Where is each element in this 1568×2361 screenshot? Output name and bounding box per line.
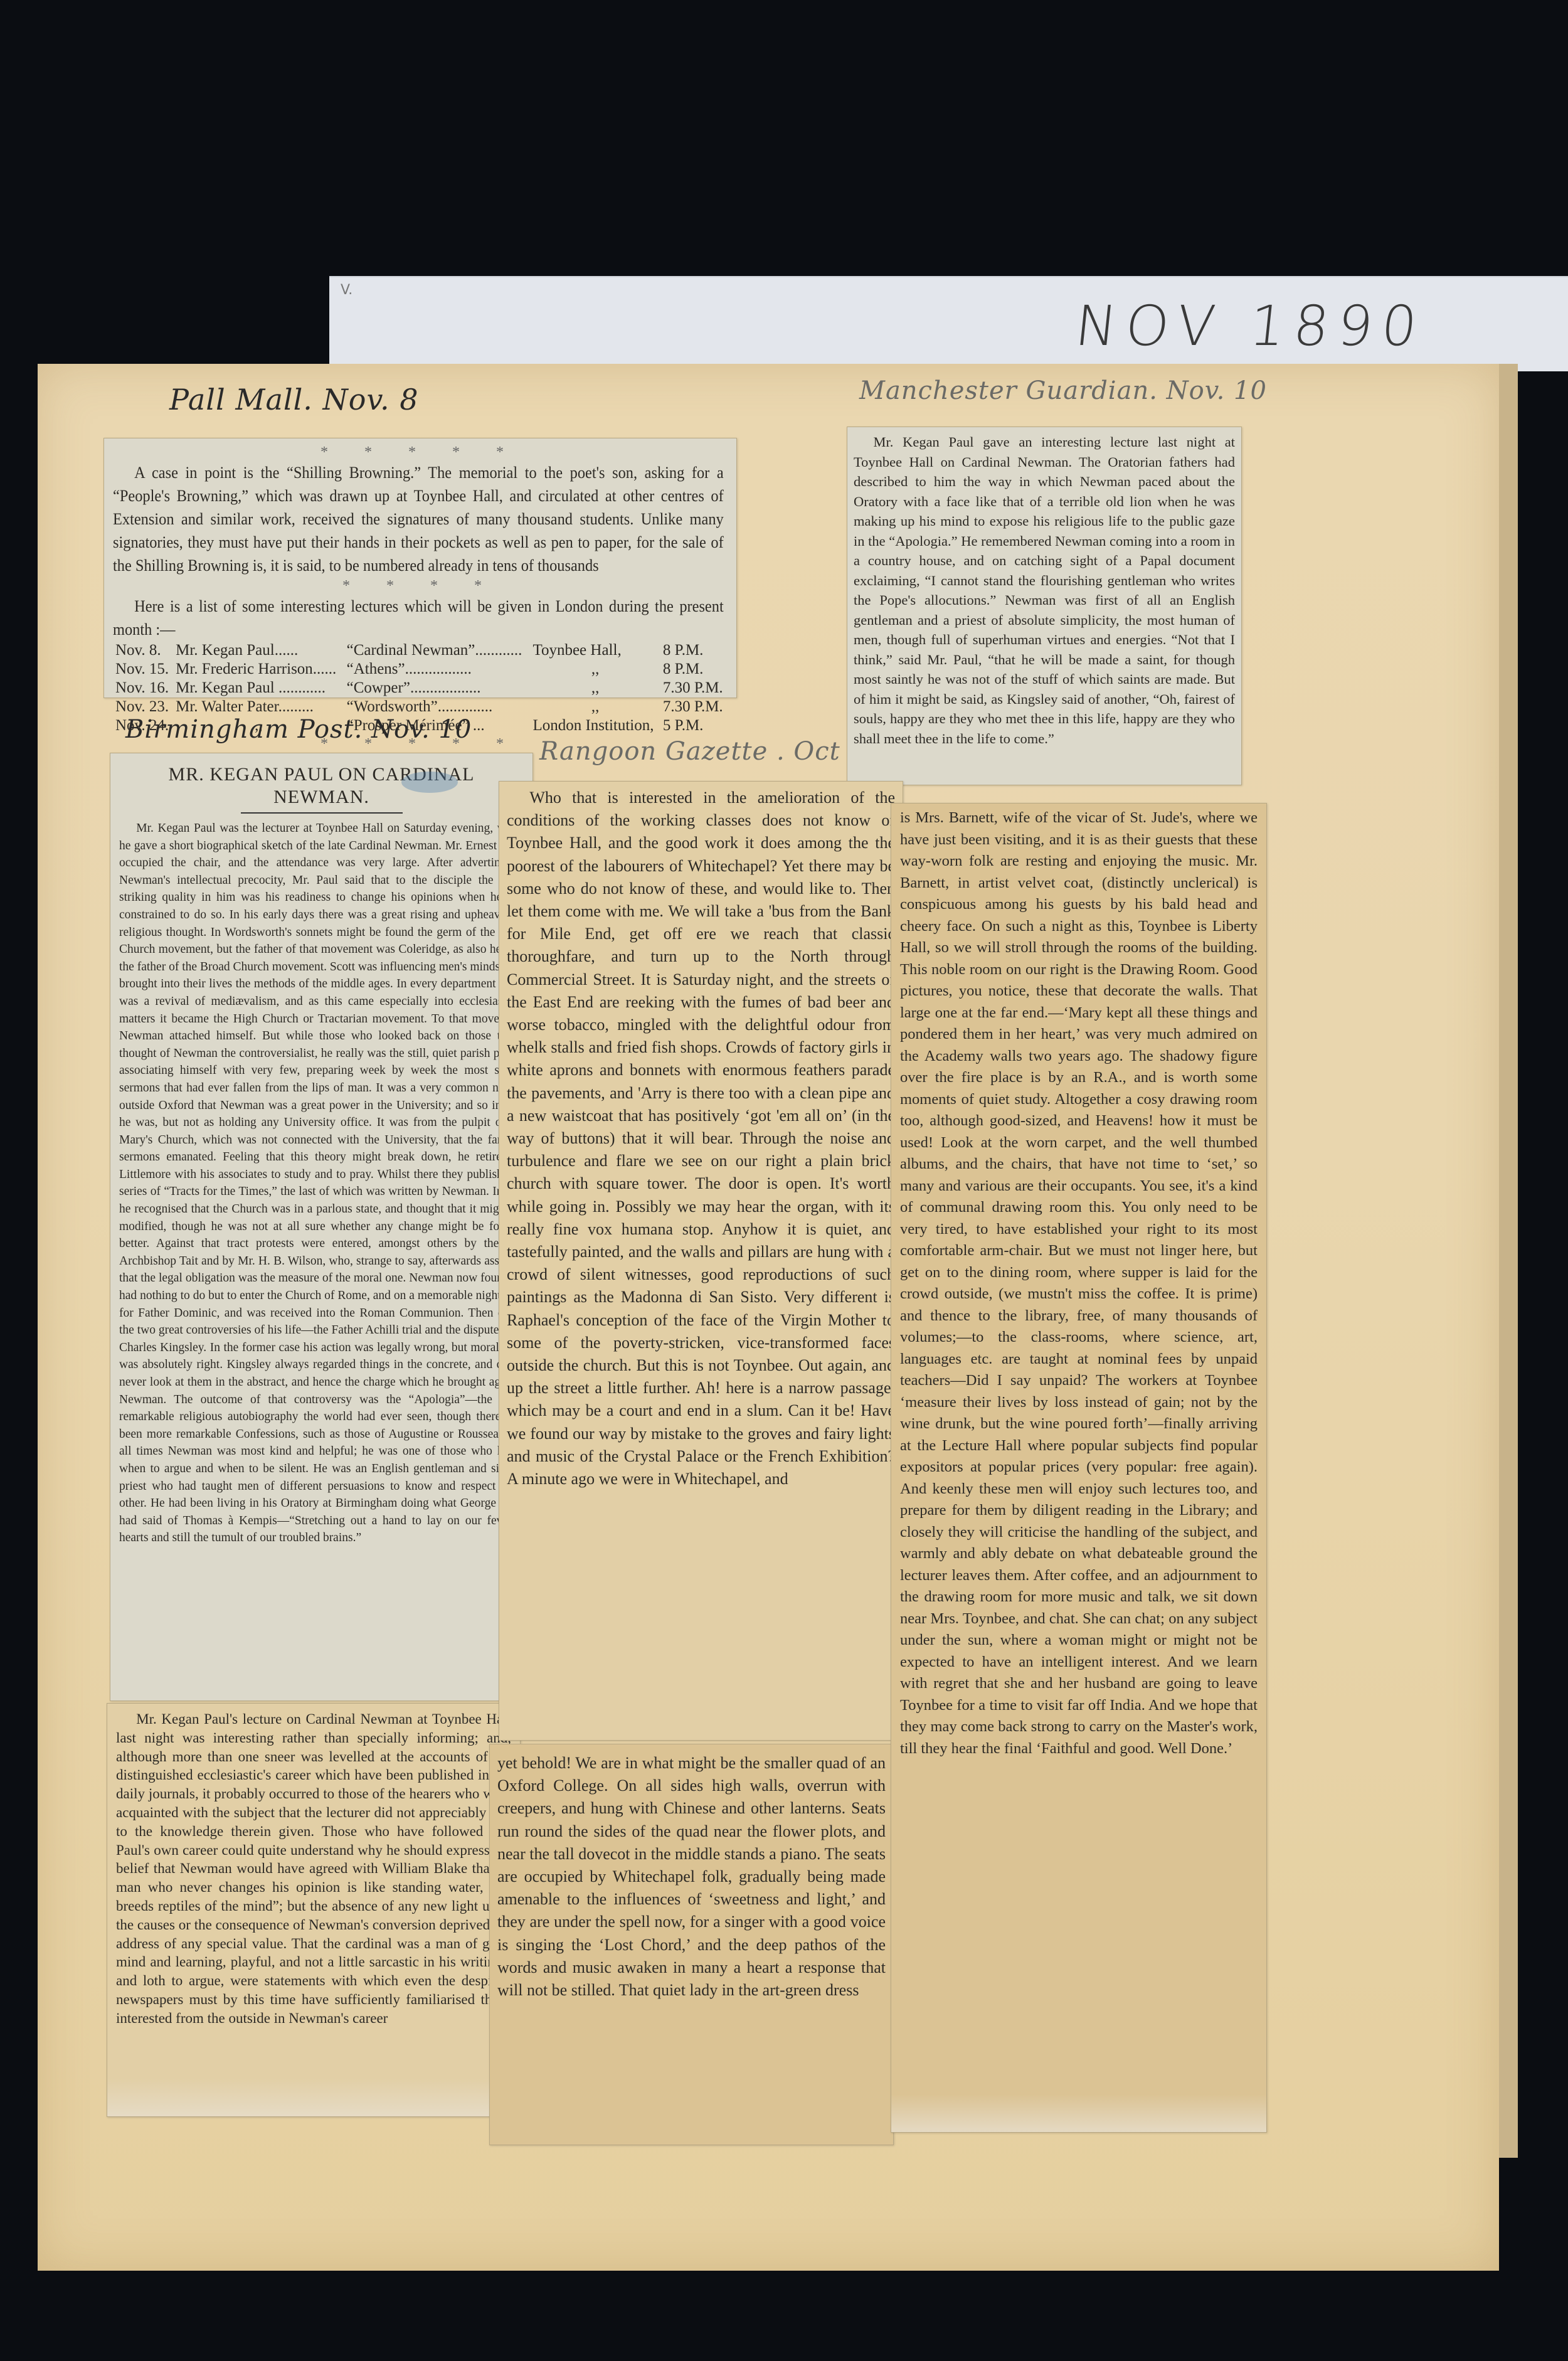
article-text: Mr. Kegan Paul's lecture on Cardinal New… bbox=[116, 1710, 511, 2028]
page-edge bbox=[1499, 364, 1518, 2158]
lecture-row: Nov. 24. ,, “Prosper Mérimée” ... London… bbox=[113, 716, 728, 735]
clipping-pall-mall: * * * * * A case in point is the “Shilli… bbox=[103, 438, 737, 698]
lecture-intro: Here is a list of some interesting lectu… bbox=[113, 595, 724, 641]
browning-paragraph: A case in point is the “Shilling Brownin… bbox=[113, 461, 724, 577]
lecture-row: Nov. 16. Mr. Kegan Paul ............ “Co… bbox=[113, 679, 728, 698]
article-text: Who that is interested in the ameliorati… bbox=[507, 787, 895, 1490]
annotation-pall-mall: Pall Mall. Nov. 8 bbox=[169, 383, 419, 416]
article-text: yet behold! We are in what might be the … bbox=[497, 1752, 886, 2002]
ink-stain bbox=[401, 772, 458, 793]
clipping-rangoon-gazette-part-3: is Mrs. Barnett, wife of the vicar of St… bbox=[891, 803, 1267, 2133]
corner-mark: V. bbox=[341, 282, 352, 298]
date-label-strip: V. NOV 1890 bbox=[329, 276, 1568, 371]
article-text: Mr. Kegan Paul gave an interesting lectu… bbox=[854, 432, 1235, 748]
lecture-row: Nov. 23. Mr. Walter Pater......... “Word… bbox=[113, 698, 728, 716]
clipping-rangoon-gazette-part-2: yet behold! We are in what might be the … bbox=[489, 1744, 894, 2145]
article-text: is Mrs. Barnett, wife of the vicar of St… bbox=[900, 807, 1258, 1759]
lecture-row: Nov. 15. Mr. Frederic Harrison...... “At… bbox=[113, 660, 728, 679]
handwritten-date: NOV 1890 bbox=[1073, 294, 1429, 358]
annotation-manchester-guardian: Manchester Guardian. Nov. 10 bbox=[859, 376, 1267, 405]
clipping-rangoon-gazette-part-1: Who that is interested in the ameliorati… bbox=[499, 781, 903, 1741]
lecture-list: Nov. 8. Mr. Kegan Paul...... “Cardinal N… bbox=[113, 641, 728, 735]
section-stars: * * * * bbox=[113, 577, 728, 595]
article-headline: MR. KEGAN PAUL ON CARDINAL NEWMAN. bbox=[119, 763, 524, 809]
clipping-lecture-review: Mr. Kegan Paul's lecture on Cardinal New… bbox=[107, 1703, 521, 2117]
headline-rule bbox=[241, 812, 403, 814]
section-stars: * * * * * bbox=[113, 443, 728, 461]
clipping-birmingham-post: MR. KEGAN PAUL ON CARDINAL NEWMAN. Mr. K… bbox=[110, 753, 533, 1701]
clipping-manchester-guardian: Mr. Kegan Paul gave an interesting lectu… bbox=[847, 427, 1242, 785]
article-text: Mr. Kegan Paul was the lecturer at Toynb… bbox=[119, 820, 524, 1547]
scrapbook-page: Pall Mall. Nov. 8 Manchester Guardian. N… bbox=[38, 364, 1499, 2271]
section-stars: * * * * * bbox=[113, 735, 728, 753]
lecture-row: Nov. 8. Mr. Kegan Paul...... “Cardinal N… bbox=[113, 641, 728, 660]
